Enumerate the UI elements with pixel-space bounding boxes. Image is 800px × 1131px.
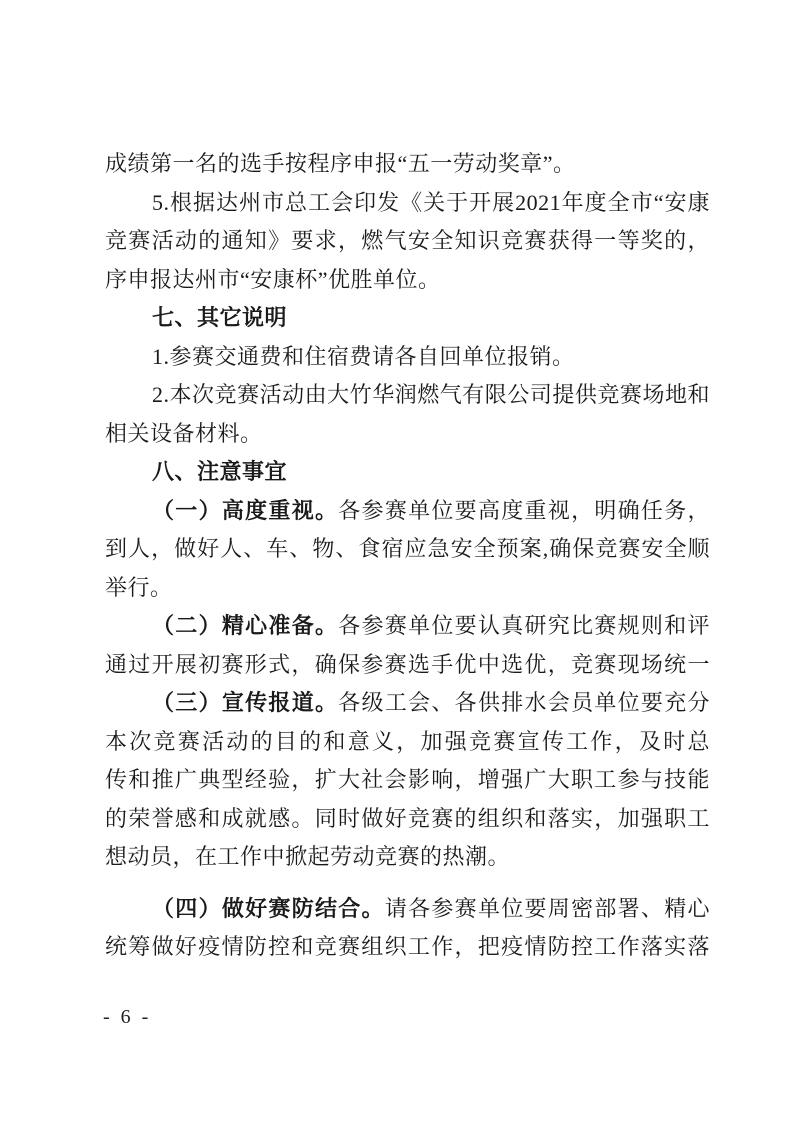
body-text: 到人，做好人、车、物、食宿应急安全预案,确保竞赛安全顺利 <box>105 536 710 569</box>
text-line: 八、注意事宜 <box>105 453 710 492</box>
document-page: 成绩第一名的选手按程序申报“五一劳动奖章”。5.根据达州市总工会印发《关于开展2… <box>0 0 800 1131</box>
body-text: 本次竞赛活动的目的和意义，加强竞赛宣传工作，及时总结、宣 <box>105 729 710 762</box>
text-line: （三）宣传报道。各级工会、各供排水会员单位要充分认识 <box>105 684 710 723</box>
body-text: 成绩第一名的选手按程序申报“五一劳动奖章”。 <box>105 151 576 176</box>
text-line: 序申报达州市“安康杯”优胜单位。 <box>105 261 710 300</box>
text-line: 通过开展初赛形式，确保参赛选手优中选优，竞赛现场统一服装。 <box>105 646 710 685</box>
text-line: 2.本次竞赛活动由大竹华润燃气有限公司提供竞赛场地和 <box>105 376 710 415</box>
bold-lead-text: （三）宣传报道。 <box>152 690 338 715</box>
body-text: 序申报达州市“安康杯”优胜单位。 <box>105 267 441 292</box>
text-line: （一）高度重视。各参赛单位要高度重视，明确任务，责任 <box>105 492 710 531</box>
body-text: 的荣誉感和成就感。同时做好竞赛的组织和落实，加强职工的思 <box>105 806 710 839</box>
text-line: 七、其它说明 <box>105 299 710 338</box>
bold-lead-text: （二）精心准备。 <box>152 613 338 638</box>
text-line: 竞赛活动的通知》要求，燃气安全知识竞赛获得一等奖的，按程 <box>105 222 710 261</box>
bold-lead-text: （一）高度重视。 <box>152 498 338 523</box>
text-line: 统筹做好疫情防控和竞赛组织工作，把疫情防控工作落实落细到 <box>105 928 710 967</box>
text-line: （二）精心准备。各参赛单位要认真研究比赛规则和评分标准， <box>105 607 710 646</box>
body-text: 相关设备材料。 <box>105 421 263 446</box>
body-text: 1.参赛交通费和住宿费请各自回单位报销。 <box>152 344 575 369</box>
body-text: 2.本次竞赛活动由大竹华润燃气有限公司提供竞赛场地和 <box>152 382 710 407</box>
body-text: 统筹做好疫情防控和竞赛组织工作，把疫情防控工作落实落细到 <box>105 934 710 967</box>
text-line: 的荣誉感和成就感。同时做好竞赛的组织和落实，加强职工的思 <box>105 800 710 839</box>
body-text: 举行。 <box>105 575 173 600</box>
text-line: 举行。 <box>105 569 710 608</box>
bold-lead-text: 七、其它说明 <box>152 305 287 330</box>
text-line: 想动员，在工作中掀起劳动竞赛的热潮。 <box>105 838 710 877</box>
text-line: 1.参赛交通费和住宿费请各自回单位报销。 <box>105 338 710 377</box>
document-content: 成绩第一名的选手按程序申报“五一劳动奖章”。5.根据达州市总工会印发《关于开展2… <box>105 145 710 967</box>
text-line: 传和推广典型经验，扩大社会影响，增强广大职工参与技能大赛 <box>105 761 710 800</box>
body-text: 竞赛活动的通知》要求，燃气安全知识竞赛获得一等奖的，按程 <box>105 228 710 261</box>
text-line: 本次竞赛活动的目的和意义，加强竞赛宣传工作，及时总结、宣 <box>105 723 710 762</box>
body-text: 想动员，在工作中掀起劳动竞赛的热潮。 <box>105 844 510 869</box>
page-number: - 6 - <box>103 1006 151 1029</box>
text-line: 相关设备材料。 <box>105 415 710 454</box>
bold-lead-text: 八、注意事宜 <box>152 459 287 484</box>
text-line: 到人，做好人、车、物、食宿应急安全预案,确保竞赛安全顺利 <box>105 530 710 569</box>
body-text: 5.根据达州市总工会印发《关于开展2021年度全市“安康杯” <box>105 190 710 223</box>
bold-lead-text: （四）做好赛防结合。 <box>152 896 385 921</box>
text-line: 成绩第一名的选手按程序申报“五一劳动奖章”。 <box>105 145 710 184</box>
body-text: 传和推广典型经验，扩大社会影响，增强广大职工参与技能大赛 <box>105 767 710 800</box>
body-text: 通过开展初赛形式，确保参赛选手优中选优，竞赛现场统一服装。 <box>105 652 710 685</box>
text-line: 5.根据达州市总工会印发《关于开展2021年度全市“安康杯” <box>105 184 710 223</box>
text-line: （四）做好赛防结合。请各参赛单位要周密部署、精心组织， <box>105 890 710 929</box>
